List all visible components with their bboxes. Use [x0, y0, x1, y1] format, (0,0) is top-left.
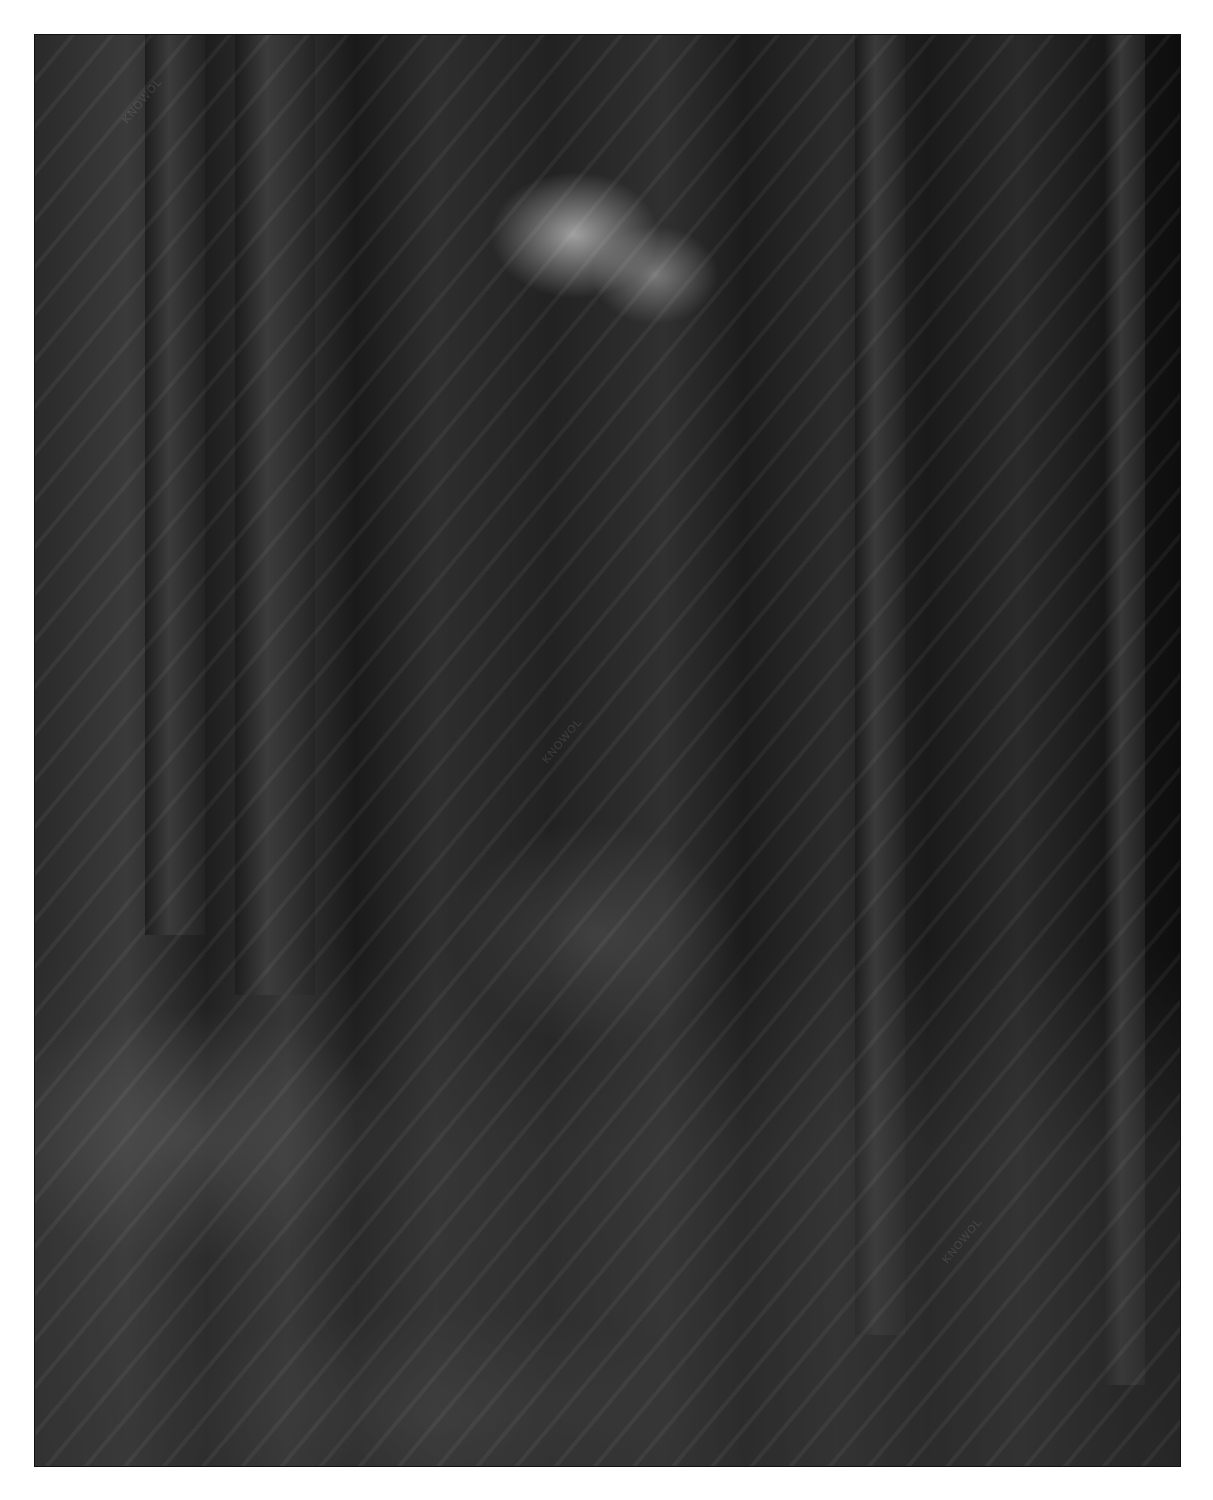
tree-trunk [235, 35, 315, 995]
watermark-text: KNOWOL [540, 716, 584, 766]
photograph: KNOWOL KNOWOL KNOWOL [34, 34, 1181, 1467]
forest-floor [35, 946, 1180, 1466]
tree-trunk [145, 35, 205, 935]
